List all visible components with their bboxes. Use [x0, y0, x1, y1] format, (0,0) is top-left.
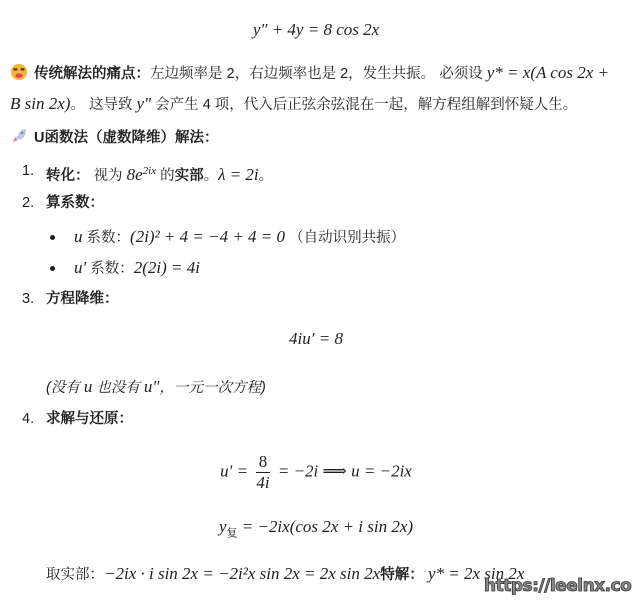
bullet-dot [50, 235, 55, 240]
real-part-line: 取实部：−2ix · i sin 2x = −2i²x sin 2x = 2x … [46, 563, 524, 586]
u-solution-equation: u′ = 84i = −2i ⟹ u = −2ix [0, 452, 632, 493]
reduction-note: (没有 u 也没有 u″，一元一次方程) [46, 376, 266, 399]
u-prime-coefficient-item: u′ 系数：2(2i) = 4i [74, 256, 200, 281]
complex-solution-equation: y复 = −2ix(cos 2x + i sin 2x) [0, 517, 632, 540]
step-3-label: 方程降维： [46, 288, 119, 310]
step-2-label: 算系数： [46, 192, 104, 214]
step-2-number: 2. [22, 192, 34, 214]
step-1-number: 1. [22, 160, 34, 182]
step-3-number: 3. [22, 288, 34, 310]
method-heading: U函数法（虚数降维）解法： [10, 124, 624, 153]
step-1-item: 转化： 视为 8e2ix 的实部。λ = 2i。 [46, 160, 273, 187]
reduced-equation: 4iu′ = 8 [0, 329, 632, 349]
fraction: 84i [256, 452, 269, 493]
distressed-face-icon [10, 63, 28, 81]
u-coefficient-item: u 系数：(2i)² + 4 = −4 + 4 = 0 （自动识别共振） [74, 225, 405, 250]
rocket-icon [10, 127, 28, 145]
watermark: https://leelnx.com [484, 576, 632, 596]
step-4-number: 4. [22, 408, 34, 430]
pain-point-paragraph: 传统解法的痛点：左边频率是 2，右边频率也是 2，发生共振。 必须设 y* = … [10, 58, 624, 120]
bullet-dot [50, 266, 55, 271]
step-4-label: 求解与还原： [46, 408, 133, 430]
main-ode-equation: y″ + 4y = 8 cos 2x [0, 20, 632, 40]
